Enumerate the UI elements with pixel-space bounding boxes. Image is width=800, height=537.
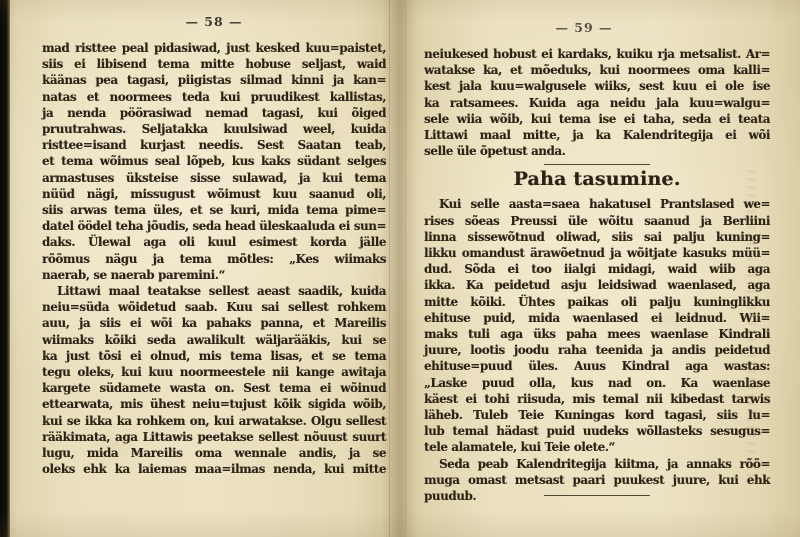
text-line: natas et noormees teda kui pruudikest ka…	[42, 89, 386, 105]
page-59-body-text: neiukesed hobust ei kardaks, kuiku rja m…	[424, 46, 770, 496]
text-line: ka ratsamees. Kuida aga neidu jala kuu=w…	[424, 95, 770, 111]
text-line: linna sissewõtnud oliwad, siis sai palju…	[424, 229, 770, 245]
text-line: sele wiia wõib, kui tema ise ei taha, se…	[424, 111, 770, 127]
text-line: oleks ehk ka laiemas maa=ilmas nenda, ku…	[42, 461, 386, 477]
text-line: ka just tõsi ei olnud, mis tema lisas, e…	[42, 348, 386, 364]
page-58-body-text: mad risttee peal pidasiwad, just kesked …	[42, 40, 386, 477]
text-line: „Laske puud olla, kus nad on. Ka waenlas…	[424, 375, 770, 391]
gutter-fold-line	[405, 0, 406, 537]
text-line: siis ei libisend tema mitte hobuse selja…	[42, 56, 386, 72]
text-line: ehituse puid, mida waenlased ei leidnud.…	[424, 310, 770, 326]
text-line: rääkimata, aga Littawis peetakse sellest…	[42, 429, 386, 445]
text-line: mitte kõiki. Ühtes paikas oli palju kuni…	[424, 294, 770, 310]
page-gutter-shadow	[381, 0, 417, 537]
text-line: läheb. Tuleb Teie Kuningas kord tagasi, …	[424, 407, 770, 423]
text-line: siis arwas tema üles, et se kuri, mida t…	[42, 202, 386, 218]
section-divider	[424, 164, 770, 165]
text-line: wiimaks kõiki seda awalikult wäljarääkis…	[42, 332, 386, 348]
page-number-59: — 59 —	[411, 20, 757, 35]
text-line: neiukesed hobust ei kardaks, kuiku rja m…	[424, 46, 770, 62]
text-line: maks tuli aga üks paha mees waenlase Kin…	[424, 326, 770, 342]
text-line: watakse ka, et mõeduks, kui noormees oma…	[424, 62, 770, 78]
text-line: mad risttee peal pidasiwad, just kesked …	[42, 40, 386, 56]
book-spine-edge	[0, 0, 10, 537]
text-line: Seda peab Kalendritegija kiitma, ja anna…	[424, 456, 770, 472]
text-line: Littawi maal teatakse sellest aeast saad…	[42, 283, 386, 299]
text-line: muga omast metsast paari puukest juure, …	[424, 472, 770, 488]
divider-rule	[544, 164, 650, 165]
text-line: käänas pea tagasi, piigistas silmad kinn…	[42, 72, 386, 88]
text-line: auu, ja siis ei wõi ka pahaks panna, et …	[42, 315, 386, 331]
section-heading: Paha tasumine.	[424, 168, 770, 190]
text-line: nüüd nägi, missugust wõimust kuu saanud …	[42, 186, 386, 202]
text-line: ettearwata, mis ühest neiu=tujust kõik s…	[42, 396, 386, 412]
text-line: kest jala kuu=walgusele wiiks, sest kuu …	[424, 78, 770, 94]
text-line: dud. Sõda ei too iialgi midagi, waid wii…	[424, 261, 770, 277]
text-line: likku omandust ärawõetnud ja wõitjate ka…	[424, 245, 770, 261]
divider-rule	[544, 495, 650, 496]
page-number-58: — 58 —	[42, 14, 386, 29]
text-line: kui se ikka ka rohkem on, kui arwatakse.…	[42, 413, 386, 429]
text-line: ikka. Ka peidetud asju leidsiwad waenlas…	[424, 277, 770, 293]
text-line: datel öödel teha jõudis, seda head ülesk…	[42, 218, 386, 234]
text-line: tele alamatele, kui Teie olete.“	[424, 439, 770, 455]
text-line: lub temal hädast puid uudeks wõllasteks …	[424, 423, 770, 439]
text-line: naerab, se naerab paremini.“	[42, 267, 386, 283]
gutter-fold-line	[389, 0, 390, 537]
text-line: pruutrahwas. Seljatakka kuulsiwad weel, …	[42, 121, 386, 137]
text-line: Kui selle aasta=saea hakatusel Prantslas…	[424, 196, 770, 212]
text-line: neiu=süda wõidetud saab. Kuu sai sellest…	[42, 299, 386, 315]
text-line: selle üle õpetust anda.	[424, 143, 770, 159]
text-line: juure, lootis joodu raha teenida ja andi…	[424, 342, 770, 358]
text-line: ehituse=puud üles. Auus Kindral aga wast…	[424, 358, 770, 374]
text-line: armastuses üksteise sisse sulawad, ja ku…	[42, 170, 386, 186]
text-line: ja nenda pöörasiwad nemad tagasi, kui õi…	[42, 105, 386, 121]
book-scan: — 58 — mad risttee peal pidasiwad, just …	[0, 0, 800, 537]
text-line: risttee=isand kurjast needis. Sest Saata…	[42, 137, 386, 153]
page-59: — 59 — neiukesed hobust ei kardaks, kuik…	[424, 20, 770, 496]
text-line: tegu oleks, kui kuu noormeestele nii kan…	[42, 364, 386, 380]
text-line: kargete südamete wasta on. Sest tema ei …	[42, 380, 386, 396]
text-line: käest ei tohi riisuda, mis temal nii kib…	[424, 391, 770, 407]
text-line: rõõmus nägu ja tema mõtles: „Kes wiimaks	[42, 251, 386, 267]
text-line: Littawi maal mitte, ja ka Kalendritegija…	[424, 127, 770, 143]
text-line: et tema wõimus seal lõpeb, kus kaks süda…	[42, 153, 386, 169]
page-58: — 58 — mad risttee peal pidasiwad, just …	[42, 14, 386, 477]
text-line: daks. Ülewal aga oli kuul esimest korda …	[42, 234, 386, 250]
text-line: lugu, mida Mareilis oma wennale andis, j…	[42, 445, 386, 461]
text-line: rises sõeas Preussi üle wõitu saanud ja …	[424, 213, 770, 229]
